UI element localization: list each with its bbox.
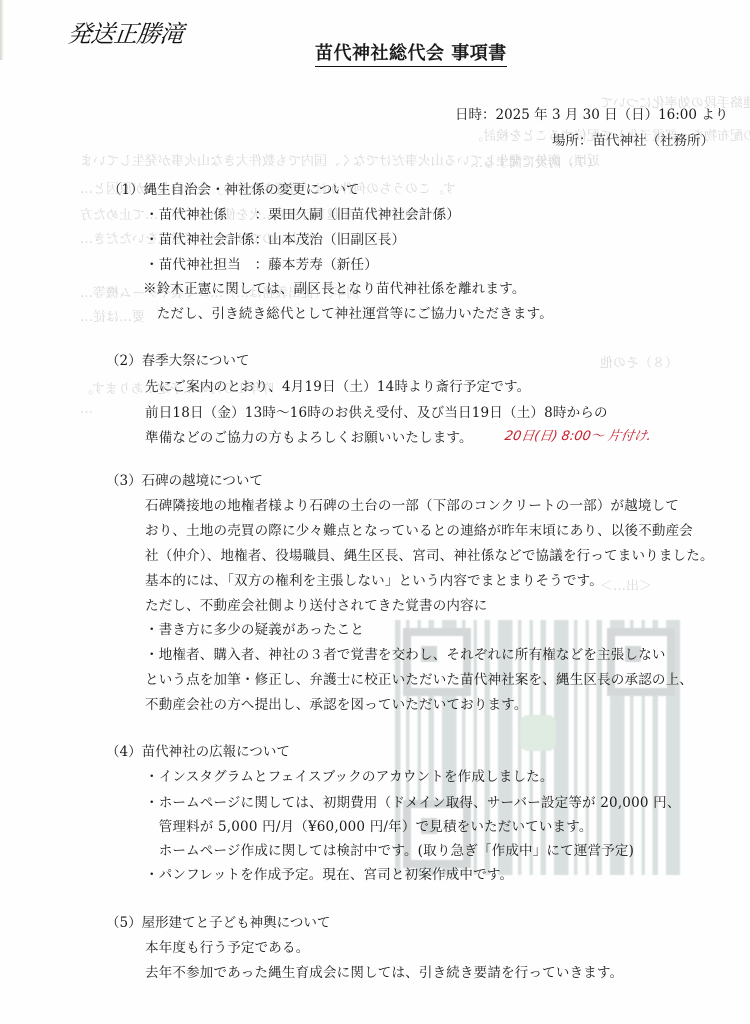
section-4-heading: （4）苗代神社の広報について — [106, 740, 290, 760]
bleed-through-text: （８）その他 — [600, 352, 678, 371]
section-1-heading: （1）縄生自治会・神社係の変更について — [108, 178, 359, 198]
handwritten-red-annotation: 20日(日) 8:00〜 片付け. — [504, 425, 653, 444]
section-2-line: 先にご案内のとおり、4月19日（土）14時より斎行予定です。 — [145, 375, 530, 395]
section-3-line: 基本的には、「双方の権利を主張しない」という内容でまとまりそうです。 — [145, 569, 603, 589]
section-5-heading: （5）屋形建てと子ども神輿について — [106, 911, 330, 931]
section-2-heading: （2）春季大祭について — [106, 349, 249, 369]
section-3-line: 社（仲介）、地権者、役場職員、縄生区長、宮司、神社係などで協議を行ってまいりまし… — [145, 544, 714, 564]
section-1-line: ・苗代神社係 ：栗田久嗣（旧苗代神社会計係） — [145, 203, 460, 223]
section-5-line: 去年不参加であった縄生育成会に関しては、引き続き要請を行っていきます。 — [145, 961, 623, 981]
line-logo-icon — [520, 715, 556, 751]
section-3-line: 石碑隣接地の地権者様より石碑の土台の一部（下部のコンクリートの一部）が越境して — [145, 494, 679, 514]
meeting-location: 場所：苗代神社（社務所） — [552, 129, 714, 149]
page-edge-shadow — [0, 0, 4, 60]
section-3-line: 不動産会社の方へ提出し、承認を図っていただいております。 — [145, 693, 528, 713]
section-2-line: 前日18日（金）13時〜16時のお供え受付、及び当日19日（土）8時からの — [145, 401, 608, 421]
section-3-line: おり、土地の売買の際に少々難点となっているとの連絡が昨年末頃にあり、以後不動産会 — [145, 519, 693, 539]
section-1-note: ただし、引き続き総代として神社運営等にご協力いただきます。 — [143, 302, 553, 322]
section-2-line: 準備などのご協力の方もよろしくお願いいたします。 — [145, 426, 473, 446]
bleed-through-text: … — [80, 402, 93, 417]
section-4-line: ・パンフレットを作成予定。現在、宮司と初案作成中です。 — [145, 863, 513, 883]
bleed-through-text: 要…は従… — [80, 306, 145, 325]
section-3-line: ・地権者、購入者、神社の３者で覚書を交わし、それぞれに所有権などを主張しない — [145, 643, 666, 663]
meeting-datetime: 日時：2025 年 3 月 30 日（日）16:00 より — [455, 103, 728, 123]
section-4-line: ・ホームページに関しては、初期費用（ドメイン取得、サーバー設定等が 20,000… — [145, 791, 681, 811]
document-title: 苗代神社総代会 事項書 — [315, 39, 507, 67]
handwritten-note: 発送正勝滝 — [66, 14, 185, 49]
section-1-note: ※鈴木正憲に関しては、副区長となり苗代神社係を離れます。 — [143, 277, 526, 297]
section-3-line: という点を加筆・修正し、弁護士に校正いただいた苗代神社案を、縄生区長の承認の上、 — [145, 668, 693, 688]
section-3-line: ・書き方に多少の疑義があったこと — [145, 618, 364, 638]
section-4-line: ホームページ作成に関しては検討中です。(取り急ぎ「作成中」にて運営予定) — [145, 839, 634, 859]
section-4-line: 管理料が 5,000 円/月（¥60,000 円/年）で見積をいただいています。 — [145, 815, 593, 835]
section-4-line: ・インスタグラムとフェイスブックのアカウントを作成しました。 — [145, 765, 554, 785]
bleed-through-text: 近頃、海外で発生している山火事だけでなく、国内でも数件大きな山火事が発生していま — [80, 150, 600, 169]
section-1-line: ・苗代神社担当 ：藤本芳寿（新任） — [145, 253, 378, 273]
section-3-line: ただし、不動産会社側より送付されてきた覚書の内容に — [145, 594, 488, 614]
bleed-through-text: ＜出…＞ — [600, 575, 652, 594]
section-5-line: 本年度も行う予定である。 — [145, 936, 309, 956]
section-3-heading: （3）石碑の越境について — [106, 469, 263, 489]
section-1-line: ・苗代神社会計係：山本茂治（旧副区長） — [145, 228, 405, 248]
document-page: （６）連絡手段の効率化について 現在、紙ベースの配布物を一部電子化して配信するこ… — [0, 0, 750, 1024]
